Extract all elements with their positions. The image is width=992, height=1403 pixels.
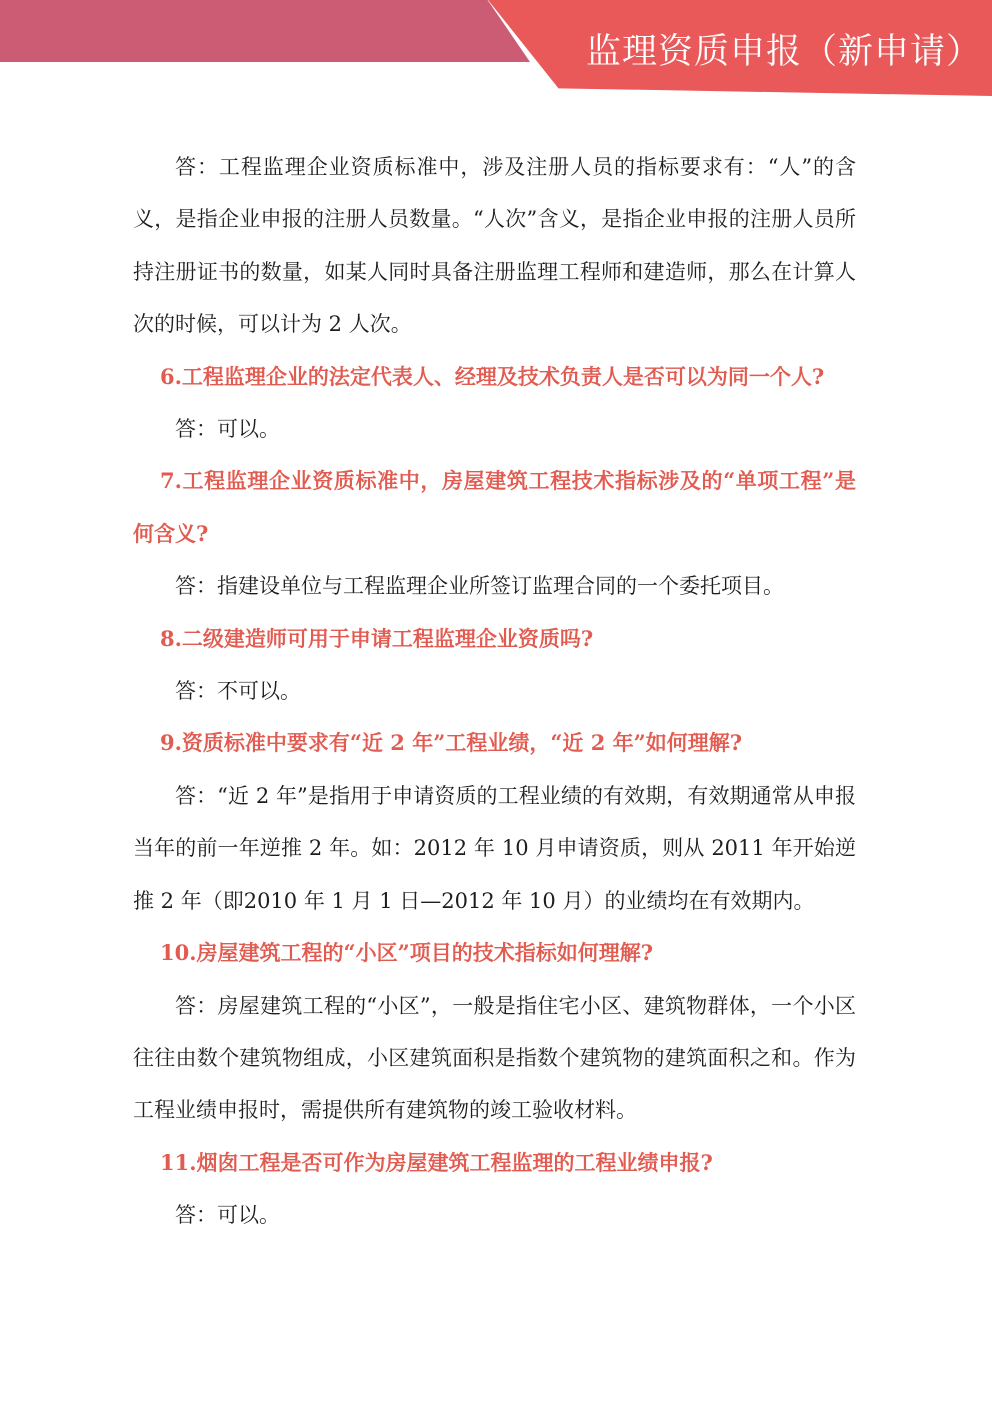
page-title: 监理资质申报（新申请） (586, 24, 982, 74)
answer-paragraph: 答：房屋建筑工程的“小区”，一般是指住宅小区、建筑物群体，一个小区往往由数个建筑… (133, 980, 856, 1137)
answer-paragraph: 答：工程监理企业资质标准中，涉及注册人员的指标要求有：“人”的含义，是指企业申报… (133, 141, 856, 351)
question-paragraph: 9.资质标准中要求有“近 2 年”工程业绩，“近 2 年”如何理解? (133, 717, 856, 769)
answer-paragraph: 答：可以。 (133, 1189, 856, 1241)
answer-paragraph: 答：不可以。 (133, 665, 856, 717)
question-paragraph: 10.房屋建筑工程的“小区”项目的技术指标如何理解? (133, 927, 856, 979)
answer-paragraph: 答：可以。 (133, 403, 856, 455)
page: 监理资质申报（新申请） 答：工程监理企业资质标准中，涉及注册人员的指标要求有：“… (0, 0, 992, 1403)
question-paragraph: 7.工程监理企业资质标准中，房屋建筑工程技术指标涉及的“单项工程”是何含义? (133, 455, 856, 560)
header-band-left (0, 0, 530, 62)
document-body: 答：工程监理企业资质标准中，涉及注册人员的指标要求有：“人”的含义，是指企业申报… (133, 141, 856, 1242)
answer-paragraph: 答：“近 2 年”是指用于申请资质的工程业绩的有效期，有效期通常从申报当年的前一… (133, 770, 856, 927)
question-paragraph: 8.二级建造师可用于申请工程监理企业资质吗? (133, 613, 856, 665)
question-paragraph: 11.烟囱工程是否可作为房屋建筑工程监理的工程业绩申报? (133, 1137, 856, 1189)
answer-paragraph: 答：指建设单位与工程监理企业所签订监理合同的一个委托项目。 (133, 560, 856, 612)
question-paragraph: 6.工程监理企业的法定代表人、经理及技术负责人是否可以为同一个人? (133, 351, 856, 403)
